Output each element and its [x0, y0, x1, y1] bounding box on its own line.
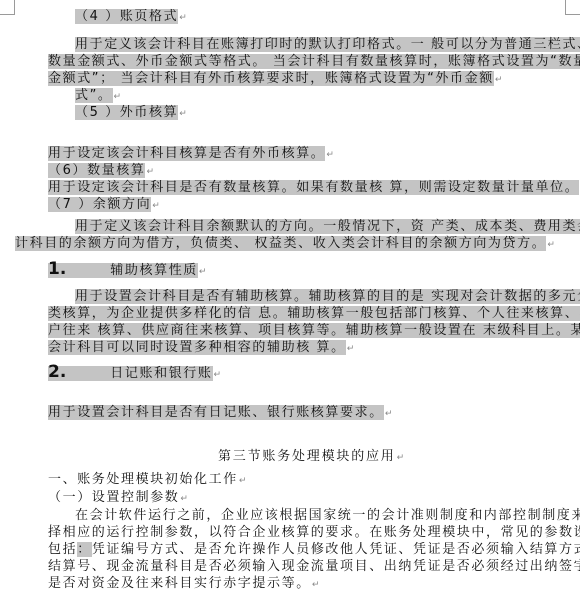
section-heading: （7 ）余额方向↵: [48, 196, 160, 213]
crop-mark-top-right: [565, 0, 580, 15]
paragraph-mark-icon: ↵: [239, 476, 247, 486]
paragraph-line: 金额式”； 当会计科目有外币核算要求时，账簿格式设置为“外币金额↵: [48, 70, 502, 87]
paragraph-line: 用于设置会计科目是否有辅助核算。辅助核算的目的是 实现对会计数据的多元分: [75, 288, 580, 305]
paragraph-line: 会计科目可以同时设置多种相容的辅助核 算。↵: [48, 339, 354, 356]
subsection-heading: 一、账务处理模块初始化工作↵: [48, 471, 246, 488]
paragraph-line: 户往来 核算、供应商往来核算、项目核算等。辅助核算一般设置在 末级科目上。某一: [48, 322, 580, 339]
paragraph-line: 用于设定该会计科目核算是否有外币核算。↵: [48, 145, 334, 162]
chapter-title: 第三节账务处理模块的应用↵: [218, 448, 404, 465]
section-heading: （6）数量核算↵: [48, 162, 154, 179]
text-selection[interactable]: ：: [77, 542, 92, 557]
paragraph-mark-icon: ↵: [152, 201, 160, 211]
paragraph-mark-icon: ↵: [179, 109, 187, 119]
crop-mark-top-left: [0, 0, 15, 15]
paragraph-line: 用于定义该会计科目在账簿打印时的默认打印格式。一 般可以分为普通三栏式、: [75, 36, 580, 53]
paragraph-mark-icon: ↵: [326, 150, 334, 160]
paragraph-line: 计科目的余额方向为借方，负债类、 权益类、收入类会计科目的余额方向为贷方。↵: [15, 235, 555, 252]
paragraph-mark-icon: ↵: [180, 494, 188, 504]
paragraph-mark-icon: ↵: [199, 267, 207, 277]
paragraph-mark-icon: ↵: [114, 92, 122, 102]
paragraph-mark-icon: ↵: [547, 240, 555, 250]
subsubsection-heading: （一）设置控制参数↵: [48, 489, 188, 506]
paragraph-line: 择相应的运行控制参数，以符合企业核算的要求。在账务处理模块中，常见的参数设置: [48, 524, 580, 541]
paragraph-mark-icon: ↵: [385, 409, 393, 419]
section-heading: （5 ）外币核算↵: [75, 104, 187, 121]
paragraph-mark-icon: ↵: [347, 344, 355, 354]
paragraph-line: 是否对资金及往来科目实行赤字提示等。↵: [48, 575, 319, 592]
paragraph-line: 用于设定该会计科目是否有数量核算。如果有数量核 算，则需设定数量计量单位。↵: [48, 179, 580, 196]
numbered-heading: 1.辅助核算性质↵: [48, 258, 206, 280]
section-heading: （4 ）账页格式↵: [75, 8, 187, 25]
paragraph-line: 数量金额式、外币金额式等格式。 当会计科目有数量核算时，账簿格式设置为“数量: [48, 53, 580, 70]
paragraph-mark-icon: ↵: [397, 453, 405, 463]
paragraph-mark-icon: ↵: [312, 580, 320, 590]
paragraph-line: 类核算，为企业提供多样化的信 息。辅助核算一般包括部门核算、个人往来核算、客: [48, 305, 580, 322]
paragraph-line: 式”。↵: [75, 87, 121, 104]
paragraph-mark-icon: ↵: [495, 75, 503, 85]
paragraph-line: 在会计软件运行之前，企业应该根据国家统一的会计准则制度和内部控制制度来选: [75, 507, 580, 524]
paragraph-mark-icon: ↵: [146, 167, 154, 177]
paragraph-line: 用于定义该会计科目余额默认的方向。一般情况下，资 产类、成本类、费用类会: [75, 218, 580, 235]
paragraph-mark-icon: ↵: [214, 370, 222, 380]
paragraph-line: 包括：凭证编号方式、是否允许操作人员修改他人凭证、凭证是否必须输入结算方式和: [48, 541, 580, 558]
paragraph-line: 用于设置会计科目是否有日记账、银行账核算要求。↵: [48, 404, 392, 421]
paragraph-line: 结算号、现金流量科目是否必须输入现金流量项目、出纳凭证是否必须经过出纳签字、: [48, 558, 580, 575]
paragraph-mark-icon: ↵: [179, 13, 187, 23]
numbered-heading: 2.日记账和银行账↵: [48, 361, 221, 383]
